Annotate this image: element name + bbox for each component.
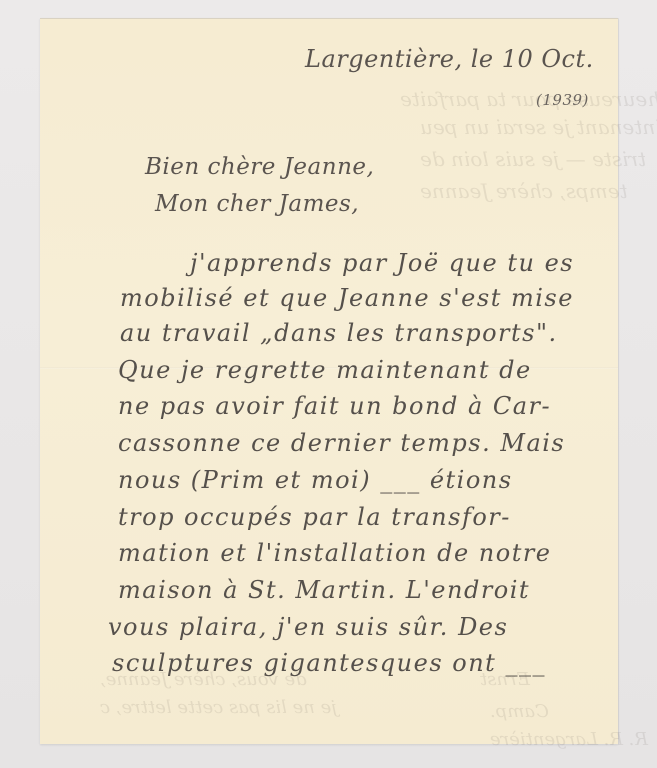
letter-body-line: sculptures gigantesques ont ___ xyxy=(112,649,546,677)
letter-body-line: maison à St. Martin. L'endroit xyxy=(118,576,530,604)
photo-background: heureuse pour ta parfaite Maintenant je … xyxy=(0,0,657,768)
salutation-line-1: Bien chère Jeanne, xyxy=(145,154,374,180)
letter-body-line: Que je regrette maintenant de xyxy=(118,356,532,384)
bleed-through-text: triste — je suis loin de xyxy=(420,147,646,171)
bleed-through-text: Camp. xyxy=(490,701,549,722)
bleed-through-text: R. R. Largentière xyxy=(490,729,648,750)
bleed-through-text: je ne lis pas cette lettre, c xyxy=(100,697,337,718)
bleed-through-text: temps, chère Jeanne xyxy=(420,179,628,203)
bleed-through-text: Maintenant je serai un peu xyxy=(420,115,657,139)
letter-sheet: heureuse pour ta parfaite Maintenant je … xyxy=(40,18,618,744)
letter-body-line: mobilisé et que Jeanne s'est mise xyxy=(120,284,574,312)
letter-body-line: au travail „dans les transports". xyxy=(120,319,558,347)
letter-body-line: nous (Prim et moi) ___ étions xyxy=(118,466,513,494)
letter-body-line: vous plaira, j'en suis sûr. Des xyxy=(108,613,508,641)
letter-body-line: j'apprends par Joë que tu es xyxy=(190,249,574,277)
letter-body-line: ne pas avoir fait un bond à Car- xyxy=(118,392,551,420)
salutation-line-2: Mon cher James, xyxy=(155,191,359,217)
bleed-through-text: heureuse pour ta parfaite xyxy=(400,87,657,111)
letter-dateline: Largentière, le 10 Oct. xyxy=(305,45,594,73)
letter-body-line: mation et l'installation de notre xyxy=(118,539,552,567)
letter-body-line: cassonne ce dernier temps. Mais xyxy=(118,429,565,457)
year-annotation: (1939) xyxy=(536,91,589,109)
letter-body-line: trop occupés par la transfor- xyxy=(118,503,511,531)
